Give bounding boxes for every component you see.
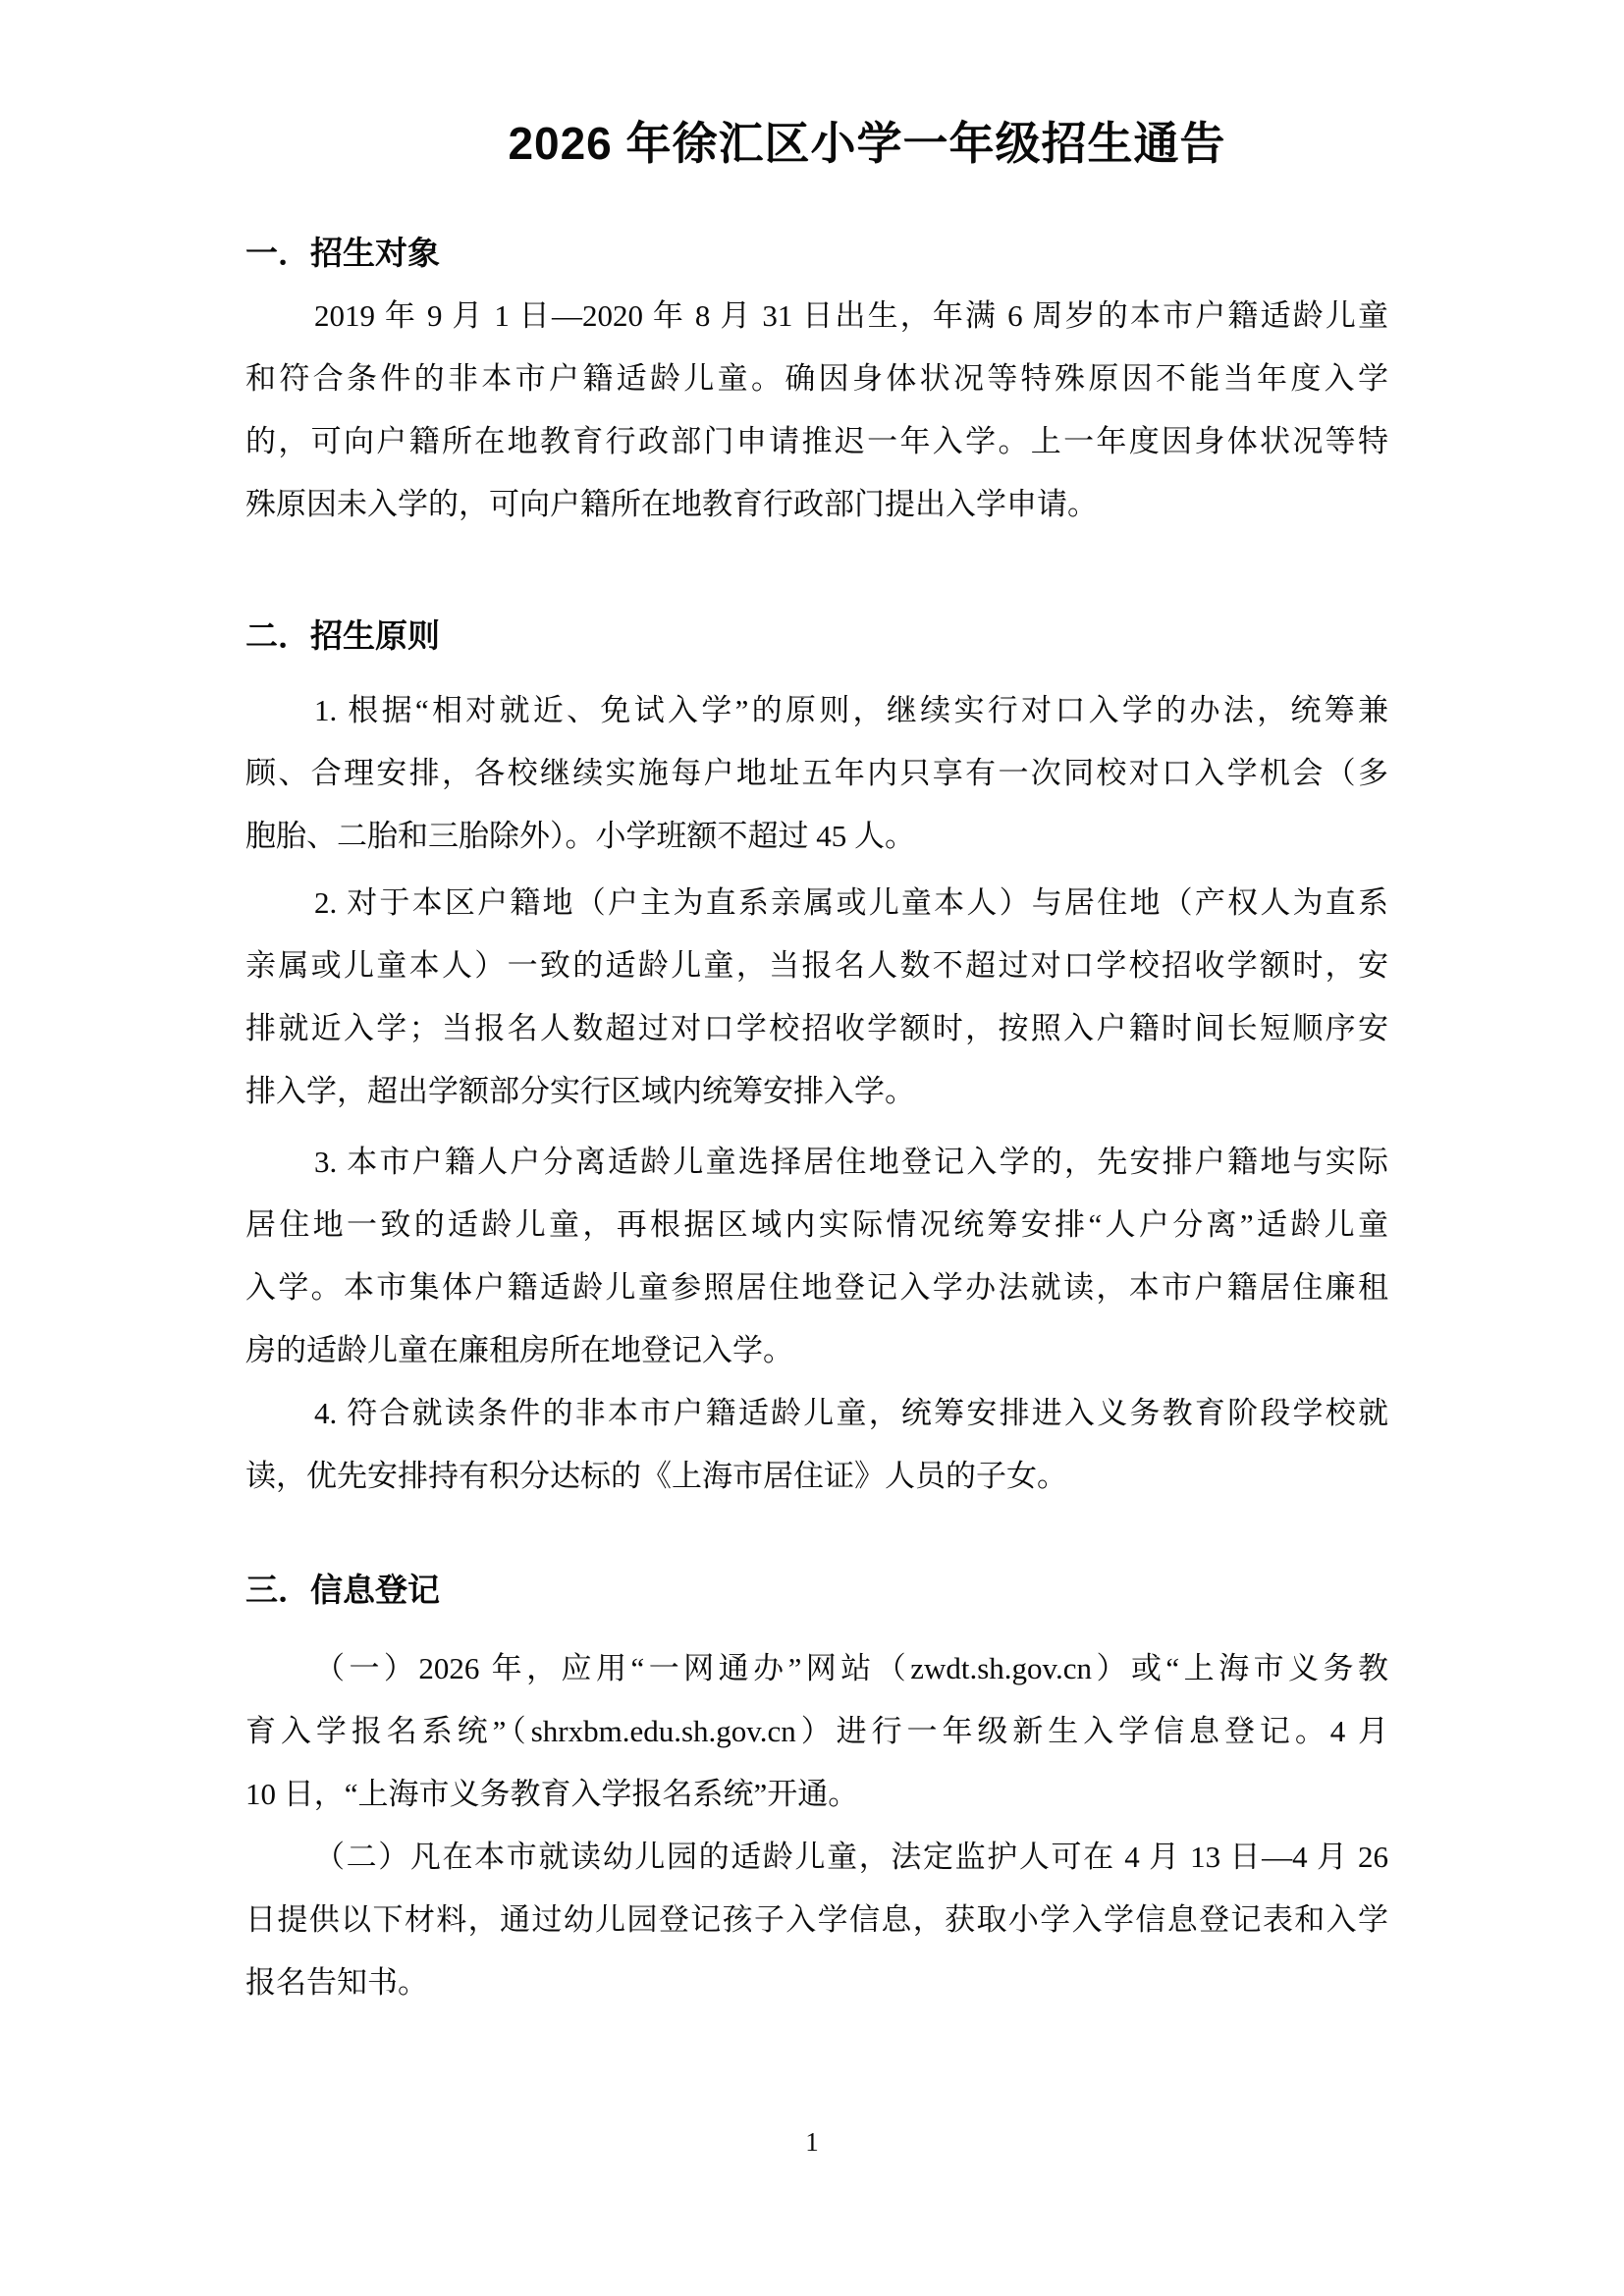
text-line: 亲属或儿童本人）一致的适龄儿童，当报名人数不超过对口学校招收学额时，安 xyxy=(245,934,1388,997)
paragraph-registration-2: （二）凡在本市就读幼儿园的适龄儿童，法定监护人可在 4 月 13 日—4 月 2… xyxy=(245,1826,1388,2014)
text-line: 3. 本市户籍人户分离适龄儿童选择居住地登记入学的，先安排户籍地与实际 xyxy=(245,1131,1388,1194)
paragraph-principle-2: 2. 对于本区户籍地（户主为直系亲属或儿童本人）与居住地（产权人为直系亲属或儿童… xyxy=(245,872,1388,1123)
paragraph-principle-3: 3. 本市户籍人户分离适龄儿童选择居住地登记入学的，先安排户籍地与实际居住地一致… xyxy=(245,1131,1388,1382)
text-line: 顾、合理安排，各校继续实施每户地址五年内只享有一次同校对口入学机会（多 xyxy=(245,742,1388,805)
text-line: 和符合条件的非本市户籍适龄儿童。确因身体状况等特殊原因不能当年度入学 xyxy=(245,347,1388,410)
paragraph-enrollment-targets: 2019 年 9 月 1 日—2020 年 8 月 31 日出生，年满 6 周岁… xyxy=(245,285,1388,536)
text-line: 房的适龄儿童在廉租房所在地登记入学。 xyxy=(245,1319,1388,1382)
text-line: 1. 根据“相对就近、免试入学”的原则，继续实行对口入学的办法，统筹兼 xyxy=(245,679,1388,742)
section-heading-enrollment-principles: 二．招生原则 xyxy=(245,614,1388,658)
text-line: 日提供以下材料，通过幼儿园登记孩子入学信息，获取小学入学信息登记表和入学 xyxy=(245,1889,1388,1951)
page-number: 1 xyxy=(0,2122,1624,2162)
document-page: 2026 年徐汇区小学一年级招生通告 一．招生对象 2019 年 9 月 1 日… xyxy=(0,0,1624,2296)
text-line: 4. 符合就读条件的非本市户籍适龄儿童，统筹安排进入义务教育阶段学校就 xyxy=(245,1382,1388,1445)
text-line: 入学。本市集体户籍适龄儿童参照居住地登记入学办法就读，本市户籍居住廉租 xyxy=(245,1256,1388,1319)
section-heading-enrollment-targets: 一．招生对象 xyxy=(245,232,1388,275)
text-line: 10 日，“上海市义务教育入学报名系统”开通。 xyxy=(245,1763,1388,1826)
paragraph-principle-4: 4. 符合就读条件的非本市户籍适龄儿童，统筹安排进入义务教育阶段学校就读，优先安… xyxy=(245,1382,1388,1508)
text-line: 2019 年 9 月 1 日—2020 年 8 月 31 日出生，年满 6 周岁… xyxy=(245,285,1388,347)
paragraph-registration-1: （一）2026 年，应用“一网通办”网站（zwdt.sh.gov.cn）或“上海… xyxy=(245,1637,1388,1826)
text-line: 胞胎、二胎和三胎除外）。小学班额不超过 45 人。 xyxy=(245,805,1388,868)
section-heading-information-registration: 三．信息登记 xyxy=(245,1569,1388,1612)
text-line: 居住地一致的适龄儿童，再根据区域内实际情况统筹安排“人户分离”适龄儿童 xyxy=(245,1194,1388,1256)
text-line: 读，优先安排持有积分达标的《上海市居住证》人员的子女。 xyxy=(245,1445,1388,1508)
text-line: 排入学，超出学额部分实行区域内统筹安排入学。 xyxy=(245,1060,1388,1123)
text-line: （二）凡在本市就读幼儿园的适龄儿童，法定监护人可在 4 月 13 日—4 月 2… xyxy=(245,1826,1388,1889)
text-line: 2. 对于本区户籍地（户主为直系亲属或儿童本人）与居住地（产权人为直系 xyxy=(245,872,1388,934)
text-line: （一）2026 年，应用“一网通办”网站（zwdt.sh.gov.cn）或“上海… xyxy=(245,1637,1388,1700)
paragraph-principle-1: 1. 根据“相对就近、免试入学”的原则，继续实行对口入学的办法，统筹兼顾、合理安… xyxy=(245,679,1388,868)
text-line: 殊原因未入学的，可向户籍所在地教育行政部门提出入学申请。 xyxy=(245,473,1388,536)
text-line: 育入学报名系统”（shrxbm.edu.sh.gov.cn）进行一年级新生入学信… xyxy=(245,1700,1388,1763)
text-line: 报名告知书。 xyxy=(245,1951,1388,2014)
text-line: 排就近入学；当报名人数超过对口学校招收学额时，按照入户籍时间长短顺序安 xyxy=(245,997,1388,1060)
document-title: 2026 年徐汇区小学一年级招生通告 xyxy=(55,116,1624,171)
text-line: 的，可向户籍所在地教育行政部门申请推迟一年入学。上一年度因身体状况等特 xyxy=(245,410,1388,473)
